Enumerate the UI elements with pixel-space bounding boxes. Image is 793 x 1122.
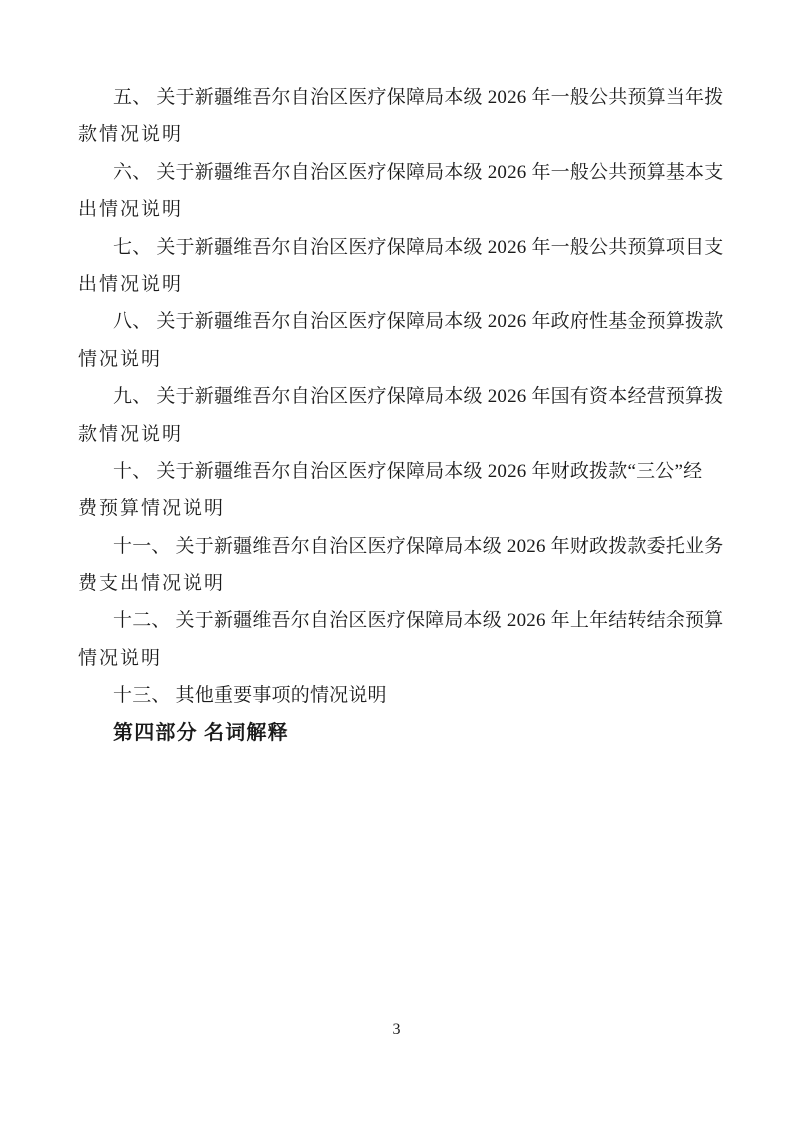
toc-line: 八、 关于新疆维吾尔自治区医疗保障局本级 2026 年政府性基金预算拨款 [78,303,712,340]
document-body: 五、 关于新疆维吾尔自治区医疗保障局本级 2026 年一般公共预算当年拨 款情况… [78,79,712,752]
toc-line: 七、 关于新疆维吾尔自治区医疗保障局本级 2026 年一般公共预算项目支 [78,229,712,266]
toc-item: 七、 关于新疆维吾尔自治区医疗保障局本级 2026 年一般公共预算项目支 出情况… [78,229,712,304]
toc-item: 十、 关于新疆维吾尔自治区医疗保障局本级 2026 年财政拨款“三公”经 费预算… [78,453,712,528]
toc-line: 十二、 关于新疆维吾尔自治区医疗保障局本级 2026 年上年结转结余预算 [78,602,712,639]
toc-line: 出情况说明 [78,266,712,303]
toc-item: 六、 关于新疆维吾尔自治区医疗保障局本级 2026 年一般公共预算基本支 出情况… [78,154,712,229]
toc-line: 十一、 关于新疆维吾尔自治区医疗保障局本级 2026 年财政拨款委托业务 [78,528,712,565]
toc-line: 十、 关于新疆维吾尔自治区医疗保障局本级 2026 年财政拨款“三公”经 [78,453,712,490]
toc-item: 九、 关于新疆维吾尔自治区医疗保障局本级 2026 年国有资本经营预算拨 款情况… [78,378,712,453]
document-page: 五、 关于新疆维吾尔自治区医疗保障局本级 2026 年一般公共预算当年拨 款情况… [0,0,793,1122]
toc-line: 九、 关于新疆维吾尔自治区医疗保障局本级 2026 年国有资本经营预算拨 [78,378,712,415]
toc-line: 情况说明 [78,341,712,378]
page-number: 3 [0,1019,793,1041]
toc-line: 款情况说明 [78,416,712,453]
toc-line: 费支出情况说明 [78,565,712,602]
toc-line: 款情况说明 [78,116,712,153]
toc-item: 十一、 关于新疆维吾尔自治区医疗保障局本级 2026 年财政拨款委托业务 费支出… [78,528,712,603]
toc-line: 情况说明 [78,640,712,677]
toc-line: 出情况说明 [78,191,712,228]
toc-line: 五、 关于新疆维吾尔自治区医疗保障局本级 2026 年一般公共预算当年拨 [78,79,712,116]
section-heading: 第四部分 名词解释 [78,715,712,752]
toc-line: 六、 关于新疆维吾尔自治区医疗保障局本级 2026 年一般公共预算基本支 [78,154,712,191]
toc-item: 五、 关于新疆维吾尔自治区医疗保障局本级 2026 年一般公共预算当年拨 款情况… [78,79,712,154]
toc-item: 八、 关于新疆维吾尔自治区医疗保障局本级 2026 年政府性基金预算拨款 情况说… [78,303,712,378]
toc-line: 十三、 其他重要事项的情况说明 [78,677,712,714]
toc-item: 十三、 其他重要事项的情况说明 [78,677,712,714]
toc-line: 费预算情况说明 [78,490,712,527]
toc-item: 十二、 关于新疆维吾尔自治区医疗保障局本级 2026 年上年结转结余预算 情况说… [78,602,712,677]
